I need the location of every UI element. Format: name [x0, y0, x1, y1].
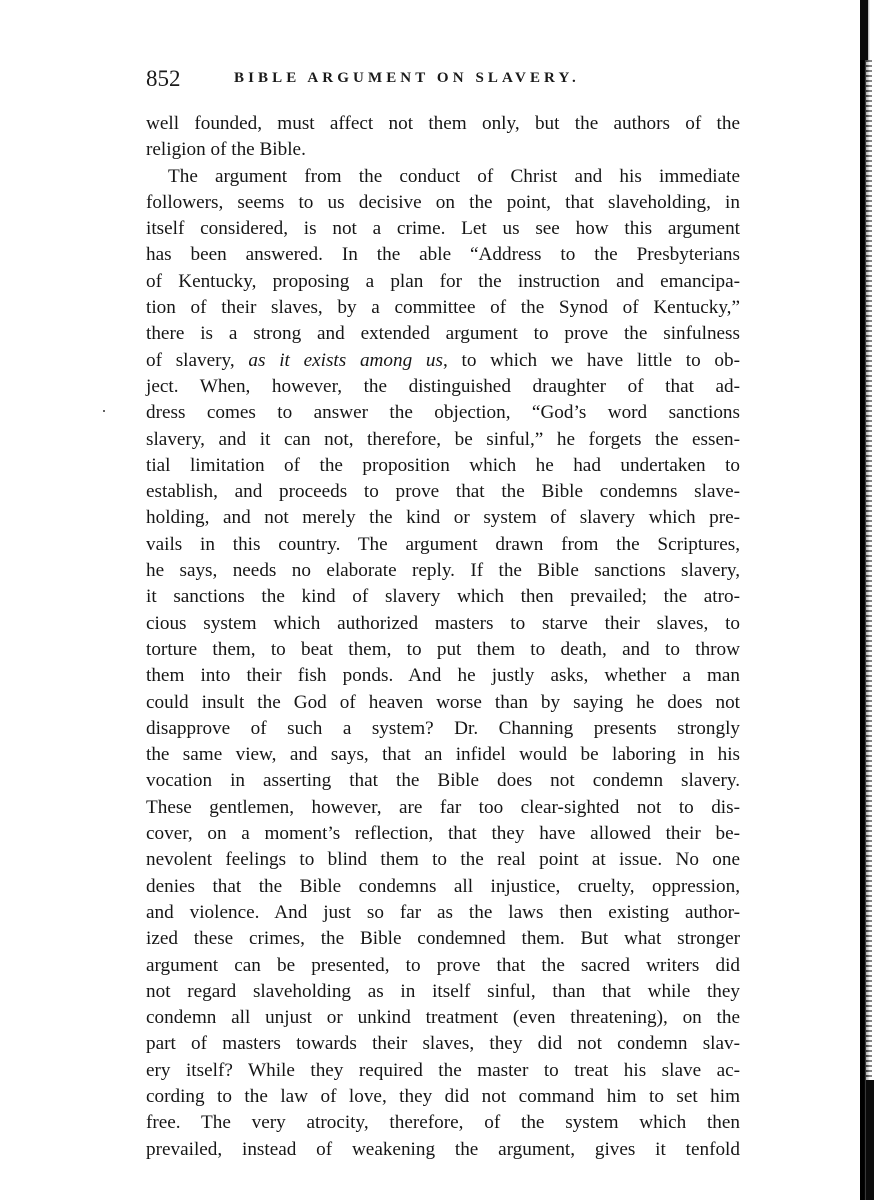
page-binding-edge-bottom — [866, 1080, 874, 1200]
text-line: dress comes to answer the objection, “Go… — [146, 400, 740, 426]
text-line: condemn all unjust or unkind treatment (… — [146, 1005, 740, 1031]
italic-phrase: as it exists among us — [248, 350, 443, 371]
text-line: them into their fish ponds. And he justl… — [146, 663, 740, 689]
running-title: BIBLE ARGUMENT ON SLAVERY. — [234, 70, 580, 87]
body-text: well founded, must affect not them only,… — [146, 111, 740, 1163]
text-line: cover, on a moment’s reflection, that th… — [146, 821, 740, 847]
text-line: denies that the Bible condemns all injus… — [146, 874, 740, 900]
text-line: well founded, must affect not them only,… — [146, 111, 740, 137]
text-line: ery itself? While they required the mast… — [146, 1058, 740, 1084]
text-line: free. The very atrocity, therefore, of t… — [146, 1110, 740, 1136]
text-line: has been answered. In the able “Address … — [146, 242, 740, 268]
text-line: religion of the Bible. — [146, 137, 740, 163]
text-line: and violence. And just so far as the law… — [146, 900, 740, 926]
text-line: ized these crimes, the Bible condemned t… — [146, 926, 740, 952]
text-line: of Kentucky, proposing a plan for the in… — [146, 269, 740, 295]
text-line: there is a strong and extended argument … — [146, 321, 740, 347]
text-line: nevolent feelings to blind them to the r… — [146, 847, 740, 873]
text-line: tial limitation of the proposition which… — [146, 453, 740, 479]
text-line: cious system which authorized masters to… — [146, 611, 740, 637]
book-page: 852 BIBLE ARGUMENT ON SLAVERY. well foun… — [0, 0, 879, 1200]
text-line: These gentlemen, however, are far too cl… — [146, 795, 740, 821]
text-line: itself considered, is not a crime. Let u… — [146, 216, 740, 242]
text-line: holding, and not merely the kind or syst… — [146, 505, 740, 531]
text-line: cording to the law of love, they did not… — [146, 1084, 740, 1110]
text-line: vails in this country. The argument draw… — [146, 532, 740, 558]
text-line: torture them, to beat them, to put them … — [146, 637, 740, 663]
page-binding-shadow — [866, 60, 872, 1140]
text-line: part of masters towards their slaves, th… — [146, 1031, 740, 1057]
text-line: of slavery, as it exists among us, to wh… — [146, 348, 740, 374]
text-line: he says, needs no elaborate reply. If th… — [146, 558, 740, 584]
page-binding-edge-top — [860, 0, 868, 60]
text-line: ject. When, however, the distinguished d… — [146, 374, 740, 400]
text-line: it sanctions the kind of slavery which t… — [146, 584, 740, 610]
running-head: 852 BIBLE ARGUMENT ON SLAVERY. — [146, 66, 756, 96]
text-segment: , to which we have little to ob- — [443, 350, 740, 371]
text-segment: of slavery, — [146, 350, 248, 371]
text-line: could insult the God of heaven worse tha… — [146, 690, 740, 716]
text-line: prevailed, instead of weakening the argu… — [146, 1137, 740, 1163]
page-number: 852 — [146, 66, 181, 92]
text-line: not regard slaveholding as in itself sin… — [146, 979, 740, 1005]
text-line: vocation in asserting that the Bible doe… — [146, 768, 740, 794]
text-line: The argument from the conduct of Christ … — [146, 164, 740, 190]
text-line: tion of their slaves, by a committee of … — [146, 295, 740, 321]
text-line: slavery, and it can not, therefore, be s… — [146, 427, 740, 453]
text-line: establish, and proceeds to prove that th… — [146, 479, 740, 505]
text-line: argument can be presented, to prove that… — [146, 953, 740, 979]
text-line: followers, seems to us decisive on the p… — [146, 190, 740, 216]
margin-speck — [103, 410, 105, 412]
text-line: disapprove of such a system? Dr. Channin… — [146, 716, 740, 742]
text-line: the same view, and says, that an infidel… — [146, 742, 740, 768]
